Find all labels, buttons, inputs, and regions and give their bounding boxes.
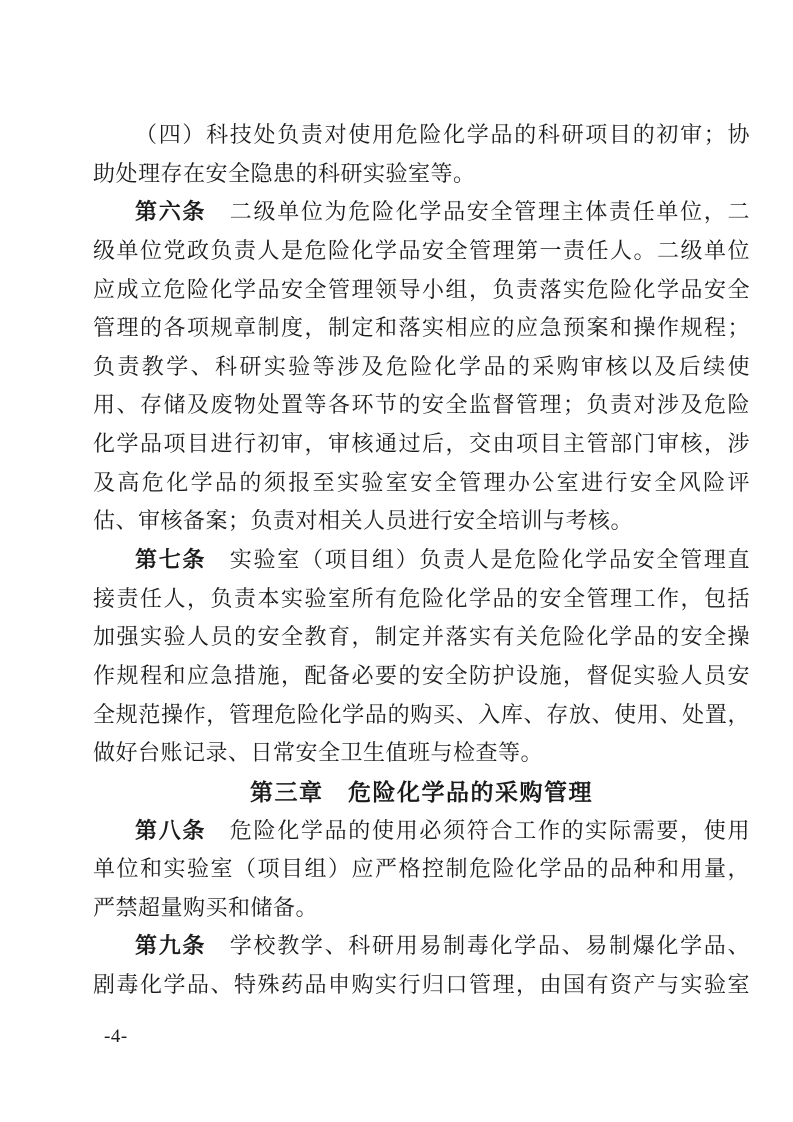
text-line-text: 用、存储及废物处置等各环节的安全监督管理；负责对涉及危险 bbox=[93, 392, 750, 417]
text-line: 全规范操作，管理危险化学品的购买、入库、存放、使用、处置， bbox=[93, 696, 750, 735]
text-line: 应成立危险化学品安全管理领导小组，负责落实危险化学品安全 bbox=[93, 271, 750, 310]
article-number: 第六条 bbox=[135, 199, 206, 224]
text-line-text: 实验室（项目组）负责人是危险化学品安全管理直 bbox=[206, 547, 750, 572]
text-line-text: 化学品项目进行初审，审核通过后，交由项目主管部门审核，涉 bbox=[93, 431, 750, 456]
text-line: 第七条 实验室（项目组）负责人是危险化学品安全管理直 bbox=[93, 541, 750, 580]
article-number: 第九条 bbox=[135, 933, 206, 958]
page-number: -4- bbox=[104, 1026, 128, 1048]
text-line-text: 做好台账记录、日常安全卫生值班与检查等。 bbox=[93, 740, 543, 765]
text-line-text: 应成立危险化学品安全管理领导小组，负责落实危险化学品安全 bbox=[93, 277, 750, 302]
article-number: 第八条 bbox=[135, 818, 206, 843]
text-line: 及高危化学品的须报至实验室安全管理办公室进行安全风险评 bbox=[93, 464, 750, 503]
text-line: 第六条 二级单位为危险化学品安全管理主体责任单位，二 bbox=[93, 193, 750, 232]
text-line-text: 估、审核备案；负责对相关人员进行安全培训与考核。 bbox=[93, 508, 633, 533]
text-line-text: 接责任人，负责本实验室所有危险化学品的安全管理工作，包括 bbox=[93, 586, 750, 611]
text-line: 助处理存在安全隐患的科研实验室等。 bbox=[93, 155, 750, 194]
text-line-text: 危险化学品的使用必须符合工作的实际需要，使用 bbox=[206, 818, 750, 843]
text-line: 剧毒化学品、特殊药品申购实行归口管理，由国有资产与实验室 bbox=[93, 966, 750, 1005]
document-body: （四）科技处负责对使用危险化学品的科研项目的初审；协 助处理存在安全隐患的科研实… bbox=[93, 116, 750, 1005]
chapter-heading: 第三章 危险化学品的采购管理 bbox=[93, 773, 750, 812]
text-line-text: 二级单位为危险化学品安全管理主体责任单位，二 bbox=[206, 199, 750, 224]
article-number: 第七条 bbox=[135, 547, 206, 572]
text-line: 估、审核备案；负责对相关人员进行安全培训与考核。 bbox=[93, 502, 750, 541]
text-line: 负责教学、科研实验等涉及危险化学品的采购审核以及后续使 bbox=[93, 348, 750, 387]
text-line: 级单位党政负责人是危险化学品安全管理第一责任人。二级单位 bbox=[93, 232, 750, 271]
text-line-text: 学校教学、科研用易制毒化学品、易制爆化学品、 bbox=[206, 933, 750, 958]
text-line-text: 级单位党政负责人是危险化学品安全管理第一责任人。二级单位 bbox=[93, 238, 750, 263]
text-line: 用、存储及废物处置等各环节的安全监督管理；负责对涉及危险 bbox=[93, 386, 750, 425]
text-line-text: 管理的各项规章制度，制定和落实相应的应急预案和操作规程； bbox=[93, 315, 750, 340]
text-line: 单位和实验室（项目组）应严格控制危险化学品的品种和用量， bbox=[93, 850, 750, 889]
text-line-text: 严禁超量购买和储备。 bbox=[93, 895, 318, 920]
text-line-text: 剧毒化学品、特殊药品申购实行归口管理，由国有资产与实验室 bbox=[93, 972, 750, 997]
text-line-text: 加强实验人员的安全教育，制定并落实有关危险化学品的安全操 bbox=[93, 624, 750, 649]
text-line: 作规程和应急措施，配备必要的安全防护设施，督促实验人员安 bbox=[93, 657, 750, 696]
text-line-text: 单位和实验室（项目组）应严格控制危险化学品的品种和用量， bbox=[93, 856, 750, 881]
text-line: 第九条 学校教学、科研用易制毒化学品、易制爆化学品、 bbox=[93, 927, 750, 966]
text-line: 严禁超量购买和储备。 bbox=[93, 889, 750, 928]
text-line: 管理的各项规章制度，制定和落实相应的应急预案和操作规程； bbox=[93, 309, 750, 348]
text-line-text: 负责教学、科研实验等涉及危险化学品的采购审核以及后续使 bbox=[93, 354, 750, 379]
text-line: 化学品项目进行初审，审核通过后，交由项目主管部门审核，涉 bbox=[93, 425, 750, 464]
text-line: 接责任人，负责本实验室所有危险化学品的安全管理工作，包括 bbox=[93, 580, 750, 619]
text-line-text: 全规范操作，管理危险化学品的购买、入库、存放、使用、处置， bbox=[93, 702, 750, 727]
text-line-text: 作规程和应急措施，配备必要的安全防护设施，督促实验人员安 bbox=[93, 663, 750, 688]
text-line: 第八条 危险化学品的使用必须符合工作的实际需要，使用 bbox=[93, 812, 750, 851]
text-line-text: （四）科技处负责对使用危险化学品的科研项目的初审；协 bbox=[135, 122, 750, 147]
document-page: （四）科技处负责对使用危险化学品的科研项目的初审；协 助处理存在安全隐患的科研实… bbox=[0, 0, 793, 1122]
text-line: 做好台账记录、日常安全卫生值班与检查等。 bbox=[93, 734, 750, 773]
text-line: 加强实验人员的安全教育，制定并落实有关危险化学品的安全操 bbox=[93, 618, 750, 657]
text-line: （四）科技处负责对使用危险化学品的科研项目的初审；协 bbox=[93, 116, 750, 155]
text-line-text: 及高危化学品的须报至实验室安全管理办公室进行安全风险评 bbox=[93, 470, 750, 495]
text-line-text: 助处理存在安全隐患的科研实验室等。 bbox=[93, 161, 476, 186]
